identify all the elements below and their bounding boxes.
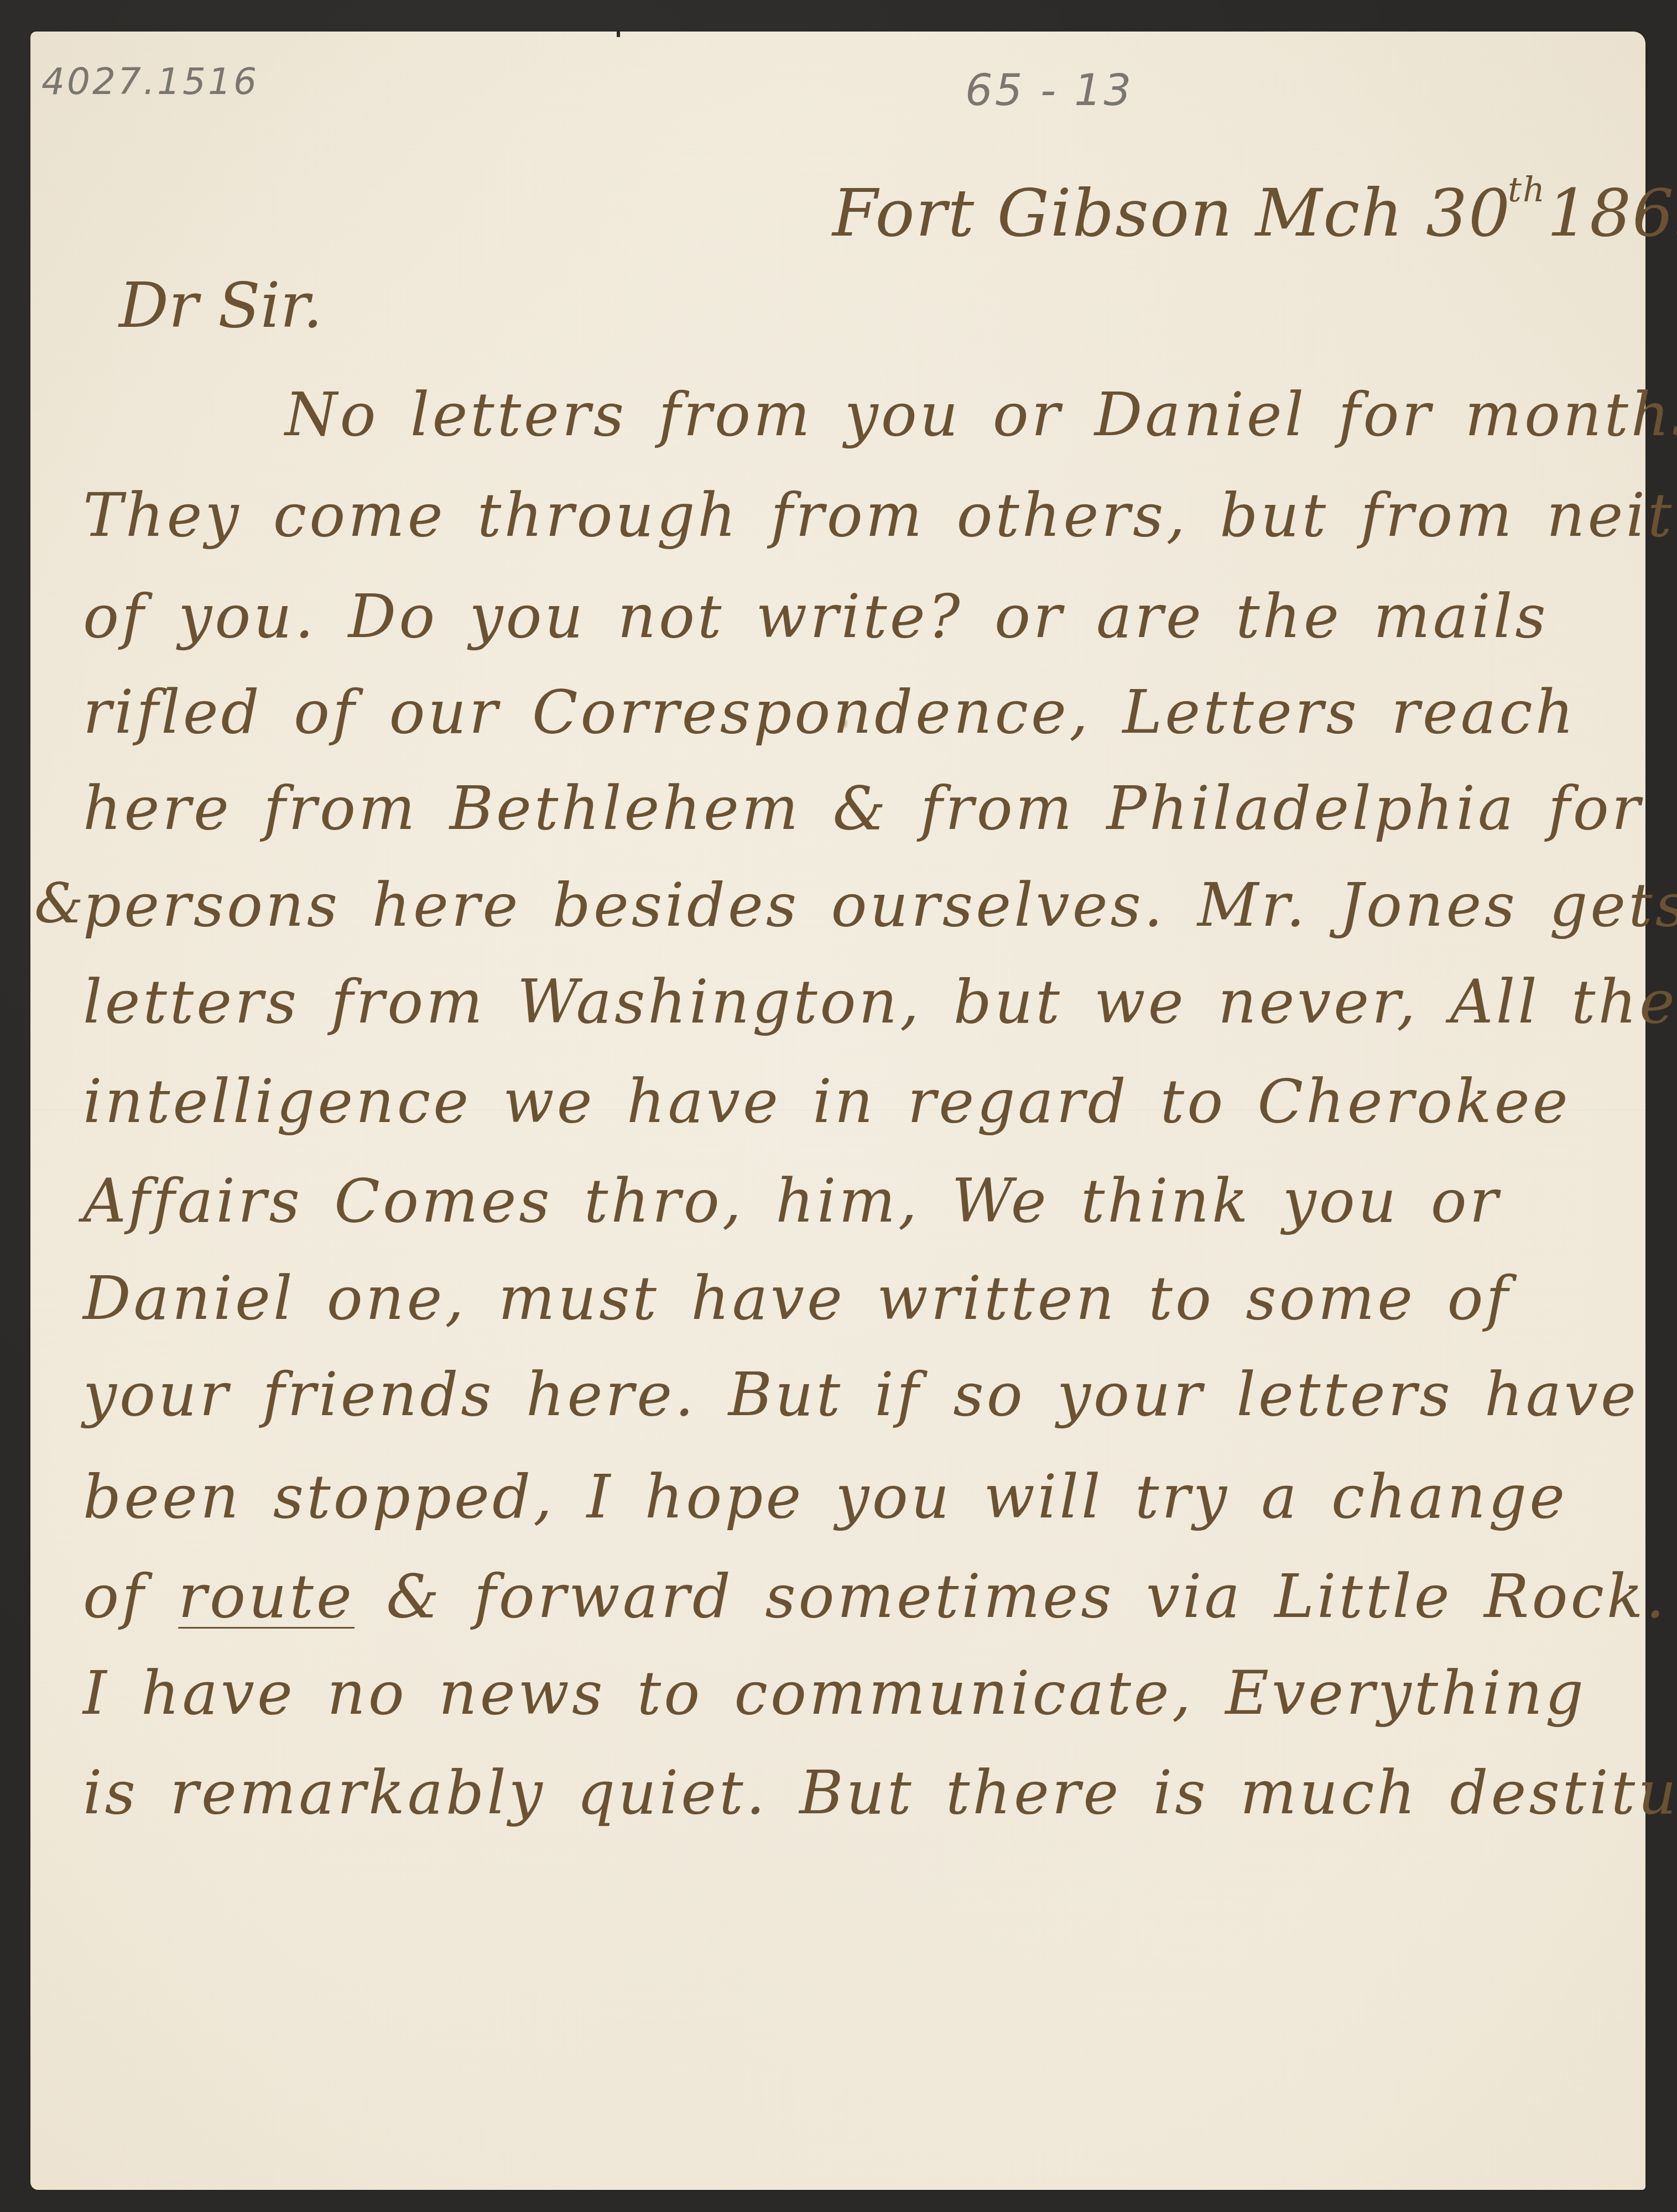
letter-line: your friends here. But if so your letter… bbox=[83, 1365, 1621, 1425]
dateline-place: Fort Gibson bbox=[832, 175, 1233, 251]
letter-line: intelligence we have in regard to Cherok… bbox=[83, 1072, 1621, 1132]
dateline: Fort Gibson Mch 30th1865. bbox=[832, 173, 1677, 246]
folio-number: 65 - 13 bbox=[965, 66, 1133, 116]
letter-line: been stopped, I hope you will try a chan… bbox=[83, 1468, 1621, 1527]
dateline-year: 1865. bbox=[1547, 175, 1677, 251]
letter-line: They come through from others, but from … bbox=[83, 486, 1621, 546]
underlined-word-route: route bbox=[178, 1562, 355, 1631]
salutation: Dr Sir. bbox=[119, 275, 322, 337]
dateline-day-suffix: th bbox=[1508, 169, 1546, 210]
margin-ampersand-mark: & bbox=[34, 876, 84, 931]
letter-line: letters from Washington, but we never, A… bbox=[83, 973, 1621, 1032]
letter-line: here from Bethlehem & from Philadelphia … bbox=[83, 779, 1621, 839]
letter-line: Affairs Comes thro, him, We think you or bbox=[83, 1172, 1621, 1232]
letter-line-route: of route & forward sometimes via Little … bbox=[83, 1567, 1621, 1627]
dateline-month: Mch bbox=[1255, 175, 1404, 251]
letter-line: Daniel one, must have written to some of bbox=[83, 1269, 1621, 1329]
route-prefix: of bbox=[83, 1562, 178, 1631]
letter-line: persons here besides ourselves. Mr. Jone… bbox=[83, 876, 1621, 936]
letter-sheet: 4027.1516 65 - 13 Fort Gibson Mch 30th18… bbox=[30, 32, 1645, 2190]
accession-number: 4027.1516 bbox=[41, 60, 259, 103]
paper-edge-notch bbox=[617, 32, 620, 37]
letter-line: I have no news to communicate, Everythin… bbox=[83, 1664, 1621, 1724]
letter-line: is remarkably quiet. But there is much d… bbox=[83, 1764, 1621, 1823]
letter-line: rifled of our Correspondence, Letters re… bbox=[83, 683, 1621, 743]
letter-line: No letters from you or Daniel for months… bbox=[285, 385, 1677, 445]
letter-line: of you. Do you not write? or are the mai… bbox=[83, 587, 1621, 647]
route-suffix: & forward sometimes via Little Rock. bbox=[355, 1562, 1668, 1631]
dateline-day: 30 bbox=[1426, 175, 1511, 251]
